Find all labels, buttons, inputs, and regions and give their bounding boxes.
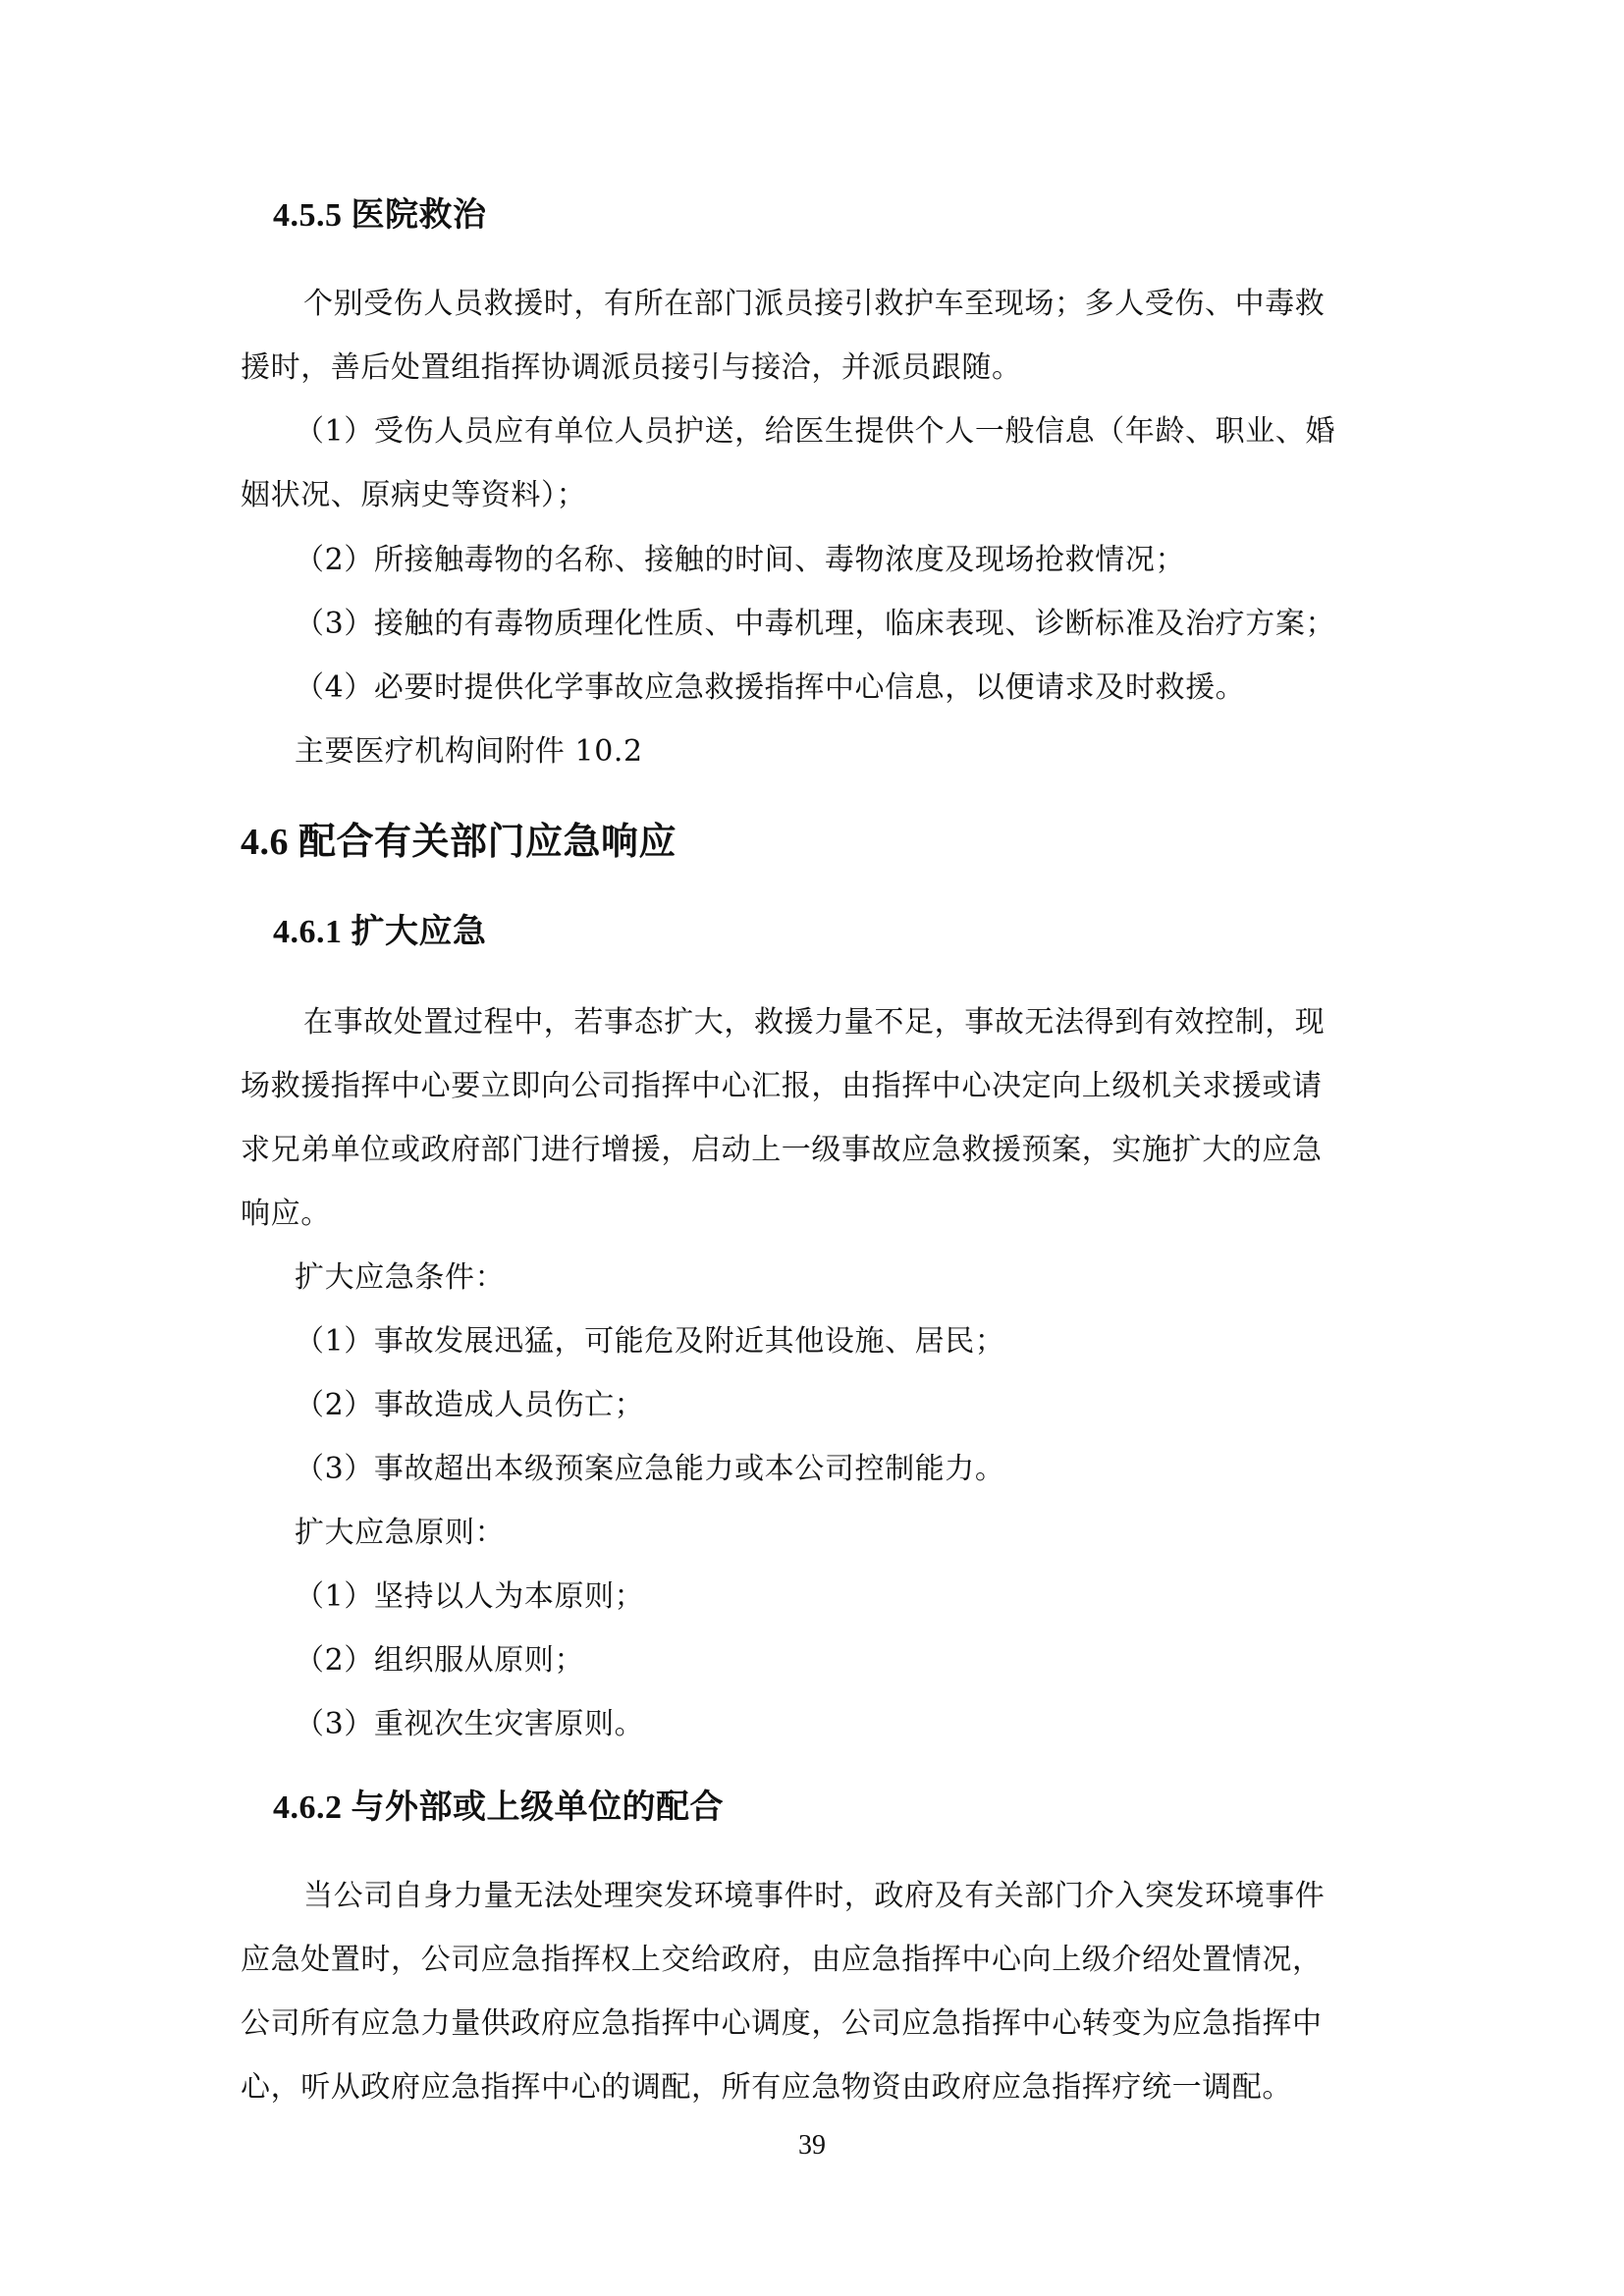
paragraph-line: 场救援指挥中心要立即向公司指挥中心汇报，由指挥中心决定向上级机关求援或请 (241, 1067, 1429, 1106)
principle-item: （1）坚持以人为本原则； (295, 1577, 1483, 1617)
paragraph-line: 心，听从政府应急指挥中心的调配，所有应急物资由政府应急指挥疗统一调配。 (241, 2068, 1429, 2108)
document-page: 4.5.5 医院救治 个别受伤人员救援时，有所在部门派员接引救护车至现场；多人受… (0, 0, 1624, 2296)
attachment-note: 主要医疗机构间附件 10.2 (295, 732, 1483, 772)
list-item: （1）受伤人员应有单位人员护送，给医生提供个人一般信息（年龄、职业、婚 (295, 412, 1483, 452)
principle-item: （2）组织服从原则； (295, 1641, 1483, 1681)
condition-item: （1）事故发展迅猛，可能危及附近其他设施、居民； (295, 1322, 1483, 1362)
paragraph-line: 求兄弟单位或政府部门进行增援，启动上一级事故应急救援预案，实施扩大的应急 (241, 1131, 1429, 1170)
principles-title: 扩大应急原则： (295, 1514, 1483, 1553)
list-item-continuation: 姻状况、原病史等资料）； (241, 476, 1429, 515)
paragraph-line: 应急处置时，公司应急指挥权上交给政府，由应急指挥中心向上级介绍处置情况， (241, 1941, 1429, 1980)
heading-4-5-5: 4.5.5 医院救治 (273, 194, 487, 238)
list-item: （4）必要时提供化学事故应急救援指挥中心信息，以便请求及时救援。 (295, 668, 1483, 708)
principle-item: （3）重视次生灾害原则。 (295, 1705, 1483, 1744)
list-item: （2）所接触毒物的名称、接触的时间、毒物浓度及现场抢救情况； (295, 541, 1483, 580)
condition-item: （3）事故超出本级预案应急能力或本公司控制能力。 (295, 1450, 1483, 1489)
page-number: 39 (0, 2128, 1624, 2163)
paragraph-line: 公司所有应急力量供政府应急指挥中心调度，公司应急指挥中心转变为应急指挥中 (241, 2004, 1429, 2044)
list-item: （3）接触的有毒物质理化性质、中毒机理，临床表现、诊断标准及治疗方案； (295, 605, 1483, 644)
condition-item: （2）事故造成人员伤亡； (295, 1386, 1483, 1425)
paragraph-line: 个别受伤人员救援时，有所在部门派员接引救护车至现场；多人受伤、中毒救 (303, 285, 1491, 324)
paragraph-line: 当公司自身力量无法处理突发环境事件时，政府及有关部门介入突发环境事件 (303, 1877, 1491, 1916)
paragraph-line: 在事故处置过程中，若事态扩大，救援力量不足，事故无法得到有效控制，现 (303, 1003, 1491, 1042)
heading-4-6-2: 4.6.2 与外部或上级单位的配合 (273, 1787, 724, 1830)
paragraph-line: 响应。 (241, 1195, 1429, 1234)
paragraph-line: 援时，善后处置组指挥协调派员接引与接洽，并派员跟随。 (241, 348, 1429, 388)
conditions-title: 扩大应急条件： (295, 1258, 1483, 1298)
heading-4-6-1: 4.6.1 扩大应急 (273, 911, 487, 954)
heading-4-6: 4.6 配合有关部门应急响应 (241, 819, 677, 866)
